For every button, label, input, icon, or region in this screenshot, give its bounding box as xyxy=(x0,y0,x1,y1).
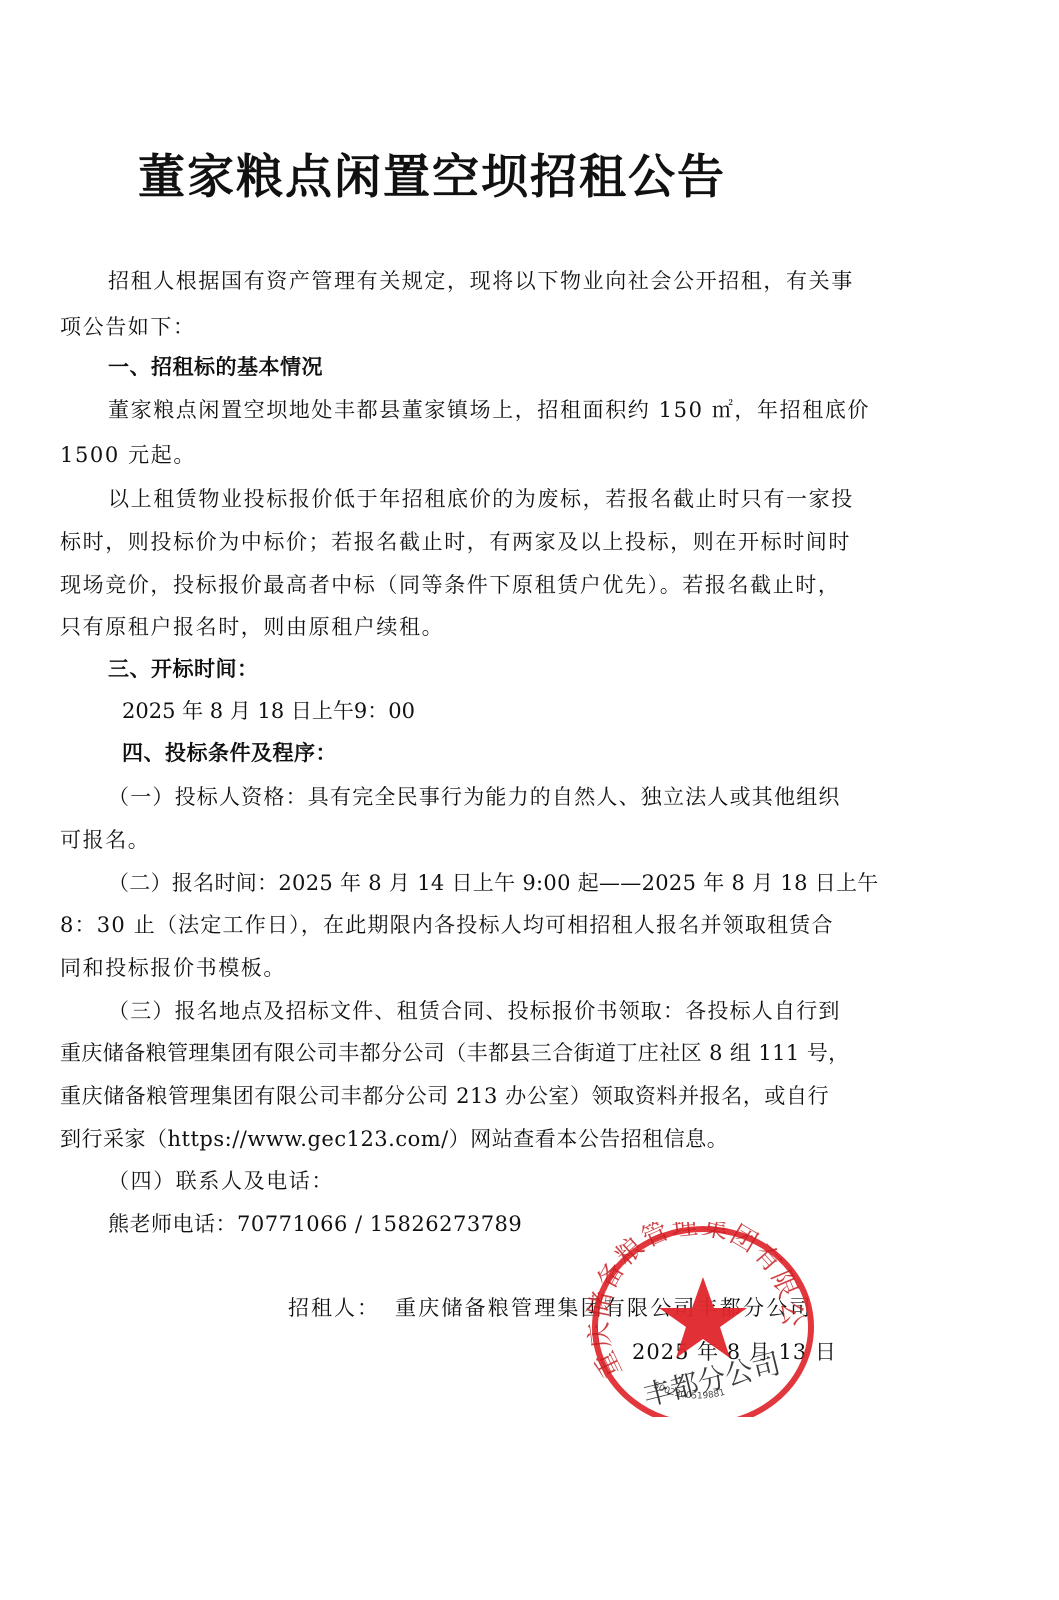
paragraph-line: 董家粮点闲置空坝地处丰都县董家镇场上，招租面积约 150 ㎡，年招租底价 xyxy=(108,395,870,425)
section-heading-3: 三、开标时间： xyxy=(108,654,259,684)
star-icon xyxy=(659,1277,747,1358)
paragraph-line: 同和投标报价书模板。 xyxy=(60,953,286,983)
bid-opening-time: 2025 年 8 月 18 日上午9：00 xyxy=(122,696,415,726)
document-title: 董家粮点闲置空坝招租公告 xyxy=(138,148,818,208)
paragraph-line: （一）投标人资格：具有完全民事行为能力的自然人、独立法人或其他组织 xyxy=(108,782,841,812)
paragraph-line: 8：30 止（法定工作日），在此期限内各投标人均可相招租人报名并领取租赁合 xyxy=(60,910,834,940)
contact-heading: （四）联系人及电话： xyxy=(108,1166,334,1196)
svg-text:丰都分公司: 丰都分公司 xyxy=(640,1347,784,1413)
signature-label: 招租人： xyxy=(288,1293,380,1323)
paragraph-line: 项公告如下： xyxy=(60,312,196,342)
paragraph-line: 以上租赁物业投标报价低于年招租底价的为废标，若报名截止时只有一家投 xyxy=(108,484,854,514)
company-seal-stamp: 重庆储备粮管理集团有限公司 丰都分公司 5002300519881 xyxy=(583,1222,815,1417)
section-heading-4: 四、投标条件及程序： xyxy=(122,738,337,768)
paragraph-line: 可报名。 xyxy=(60,825,150,855)
paragraph-line: 重庆储备粮管理集团有限公司丰都分公司 213 办公室）领取资料并报名，或自行 xyxy=(60,1081,829,1111)
paragraph-line: 现场竞价，投标报价最高者中标（同等条件下原租赁户优先）。若报名截止时， xyxy=(60,570,841,600)
paragraph-line: 招租人根据国有资产管理有关规定，现将以下物业向社会公开招租，有关事 xyxy=(108,266,854,296)
paragraph-line: （三）报名地点及招标文件、租赁合同、投标报价书领取：各投标人自行到 xyxy=(108,996,841,1026)
paragraph-line: 重庆储备粮管理集团有限公司丰都分公司（丰都县三合街道丁庄社区 8 组 111 号… xyxy=(60,1038,850,1068)
paragraph-line: 只有原租户报名时，则由原租户续租。 xyxy=(60,612,444,642)
paragraph-line: 标时，则投标价为中标价；若报名截止时，有两家及以上投标，则在开标时间时 xyxy=(60,527,851,557)
contact-phone: 熊老师电话：70771066 / 15826273789 xyxy=(108,1209,522,1239)
section-heading-1: 一、招租标的基本情况 xyxy=(108,352,323,382)
paragraph-line: 到行采家（https://www.gec123.com/）网站查看本公告招租信息… xyxy=(60,1124,728,1154)
paragraph-line: （二）报名时间：2025 年 8 月 14 日上午 9:00 起——2025 年… xyxy=(108,868,879,898)
paragraph-line: 1500 元起。 xyxy=(60,440,196,470)
